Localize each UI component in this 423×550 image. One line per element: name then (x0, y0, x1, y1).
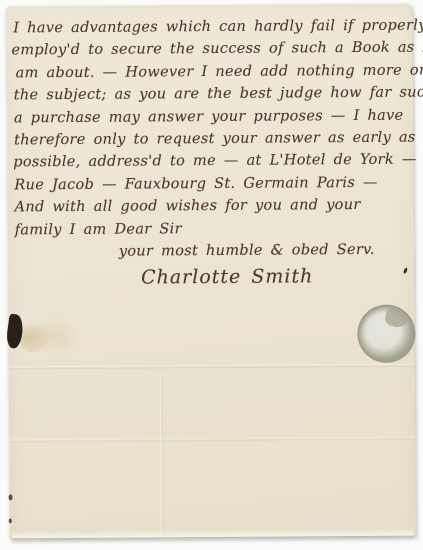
under-sheet-edge (12, 528, 414, 540)
edge-smudge (18, 324, 48, 352)
letter-page: I have advantages which can hardly fail … (6, 4, 416, 540)
letter-body: I have advantages which can hardly fail … (13, 15, 411, 294)
edge-mark (9, 518, 12, 523)
letter-line: am about. — However I need add nothing m… (16, 59, 410, 84)
letter-line: I have advantages which can hardly fail … (13, 15, 409, 40)
letter-line: therefore only to request your answer as… (14, 127, 410, 152)
letter-line: possible, address'd to me — at L'Hotel d… (13, 149, 410, 174)
fold-line-vertical (160, 373, 164, 538)
letter-line: a purchase may answer your purposes — I … (14, 104, 410, 129)
letter-line: And with all good wishes for you and you… (14, 194, 410, 219)
letter-line: employ'd to secure the success of such a… (11, 37, 409, 62)
photo-frame: I have advantages which can hardly fail … (0, 0, 423, 550)
fold-line-horizontal-upper (9, 364, 415, 370)
letter-line: Rue Jacob — Fauxbourg St. Germain Paris … (14, 171, 410, 196)
edge-mark (9, 494, 13, 500)
signature: Charlotte Smith (141, 261, 411, 293)
letter-line: the subject; as you are the best judge h… (14, 82, 410, 107)
fold-line-horizontal-lower (9, 437, 415, 443)
letter-closing: your most humble & obed Serv. (119, 239, 411, 263)
wax-seal-mark (357, 305, 415, 363)
letter-line: family I am Dear Sir (15, 216, 411, 241)
